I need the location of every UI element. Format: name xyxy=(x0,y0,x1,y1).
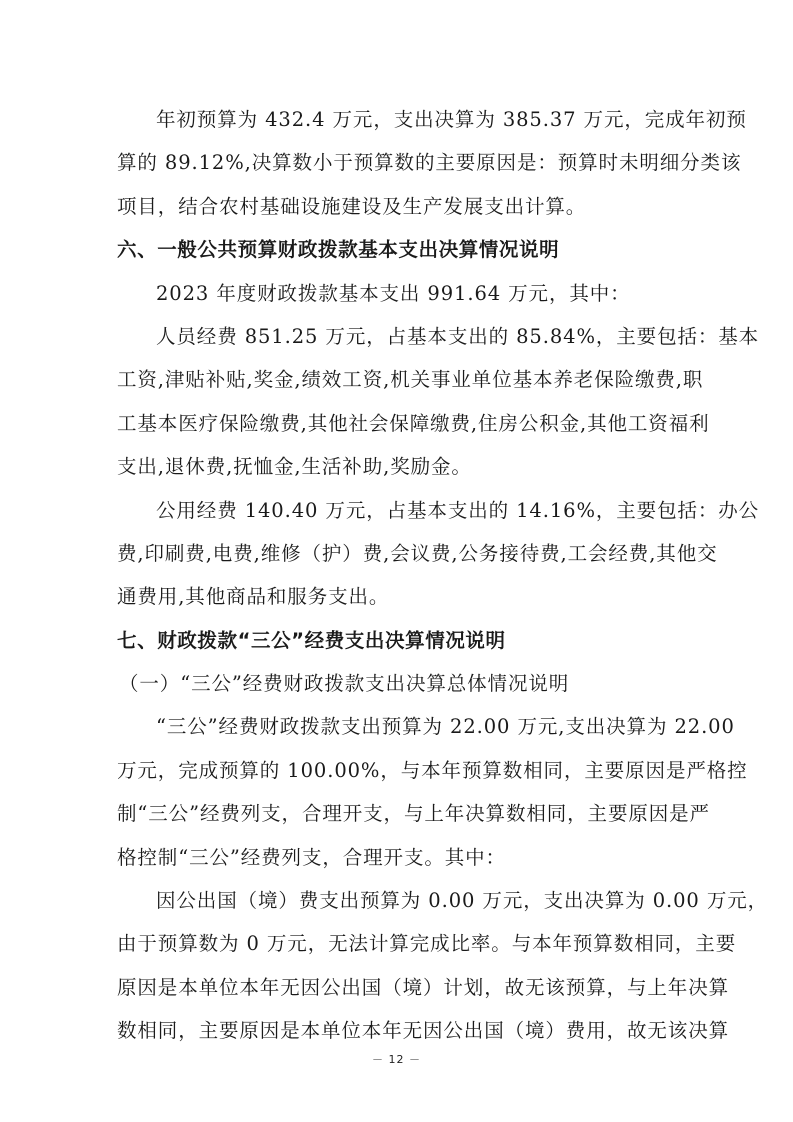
paragraph-line: 工资,津贴补贴,奖金,绩效工资,机关事业单位基本养老保险缴费,职 xyxy=(117,358,692,401)
paragraph-line: 格控制“三公”经费列支，合理开支。其中： xyxy=(117,836,692,879)
section-7-subheading-text: （一）“三公”经费财政拨款支出决算总体情况说明 xyxy=(119,672,569,695)
section-7-subheading: （一）“三公”经费财政拨款支出决算总体情况说明 xyxy=(117,662,692,705)
paragraph-line: 数相同，主要原因是本单位本年无因公出国（境）费用，故无该决算 xyxy=(117,1009,692,1052)
section-6-heading-text: 六、一般公共预算财政拨款基本支出决算情况说明 xyxy=(117,238,559,261)
paragraph-line: 人员经费 851.25 万元，占基本支出的 85.84%，主要包括：基本 xyxy=(117,315,692,358)
paragraph-text: 支出,退休费,抚恤金,生活补助,奖励金。 xyxy=(117,455,472,478)
paragraph-text: 年初预算为 432.4 万元，支出决算为 385.37 万元，完成年初预 xyxy=(156,98,692,141)
paragraph-line: 原因是本单位本年无因公出国（境）计划，故无该预算，与上年决算 xyxy=(117,966,692,1009)
paragraph-text: 万元，完成预算的 100.00%，与本年预算数相同，主要原因是严格控 xyxy=(117,749,692,792)
paragraph-text: 格控制“三公”经费列支，合理开支。其中： xyxy=(117,846,506,869)
paragraph-text: 算的 89.12%,决算数小于预算数的主要原因是：预算时未明细分类该 xyxy=(117,141,692,184)
paragraph-text: 费,印刷费,电费,维修（护）费,会议费,公务接待费,工会经费,其他交 xyxy=(117,532,692,575)
section-7-heading-text: 七、财政拨款“三公”经费支出决算情况说明 xyxy=(117,629,506,652)
paragraph-line: 算的 89.12%,决算数小于预算数的主要原因是：预算时未明细分类该 xyxy=(117,141,692,184)
paragraph-line: 由于预算数为 0 万元，无法计算完成比率。与本年预算数相同，主要 xyxy=(117,922,692,965)
section-6-heading: 六、一般公共预算财政拨款基本支出决算情况说明 xyxy=(117,228,692,271)
paragraph-text: 通费用,其他商品和服务支出。 xyxy=(117,585,389,608)
paragraph-text: 原因是本单位本年无因公出国（境）计划，故无该预算，与上年决算 xyxy=(117,966,692,1009)
document-page: 年初预算为 432.4 万元，支出决算为 385.37 万元，完成年初预 算的 … xyxy=(0,0,793,1122)
paragraph-line: 费,印刷费,电费,维修（护）费,会议费,公务接待费,工会经费,其他交 xyxy=(117,532,692,575)
paragraph-text: 2023 年度财政拨款基本支出 991.64 万元，其中： xyxy=(156,282,631,305)
paragraph-line: 支出,退休费,抚恤金,生活补助,奖励金。 xyxy=(117,445,692,488)
document-body: 年初预算为 432.4 万元，支出决算为 385.37 万元，完成年初预 算的 … xyxy=(117,98,692,1053)
paragraph-text: 项目，结合农村基础设施建设及生产发展支出计算。 xyxy=(117,195,586,218)
paragraph-text: 由于预算数为 0 万元，无法计算完成比率。与本年预算数相同，主要 xyxy=(117,922,692,965)
paragraph-line: 工基本医疗保险缴费,其他社会保障缴费,住房公积金,其他工资福利 xyxy=(117,402,692,445)
paragraph-line: 项目，结合农村基础设施建设及生产发展支出计算。 xyxy=(117,185,692,228)
paragraph-text: 工资,津贴补贴,奖金,绩效工资,机关事业单位基本养老保险缴费,职 xyxy=(117,358,692,401)
paragraph-line: 2023 年度财政拨款基本支出 991.64 万元，其中： xyxy=(117,272,692,315)
page-number: － 12 － xyxy=(0,1051,793,1067)
paragraph-line: 因公出国（境）费支出预算为 0.00 万元，支出决算为 0.00 万元， xyxy=(117,879,692,922)
paragraph-text: 人员经费 851.25 万元，占基本支出的 85.84%，主要包括：基本 xyxy=(156,315,692,358)
paragraph-text: 因公出国（境）费支出预算为 0.00 万元，支出决算为 0.00 万元， xyxy=(156,879,692,922)
paragraph-text: 制“三公”经费列支，合理开支，与上年决算数相同，主要原因是严 xyxy=(117,792,692,835)
paragraph-text: 公用经费 140.40 万元，占基本支出的 14.16%，主要包括：办公 xyxy=(156,489,692,532)
paragraph-line: “三公”经费财政拨款支出预算为 22.00 万元,支出决算为 22.00 xyxy=(117,705,692,748)
paragraph-line: 年初预算为 432.4 万元，支出决算为 385.37 万元，完成年初预 xyxy=(117,98,692,141)
paragraph-text: 工基本医疗保险缴费,其他社会保障缴费,住房公积金,其他工资福利 xyxy=(117,402,692,445)
paragraph-line: 万元，完成预算的 100.00%，与本年预算数相同，主要原因是严格控 xyxy=(117,749,692,792)
section-7-heading: 七、财政拨款“三公”经费支出决算情况说明 xyxy=(117,619,692,662)
paragraph-text: “三公”经费财政拨款支出预算为 22.00 万元,支出决算为 22.00 xyxy=(156,705,692,748)
paragraph-line: 公用经费 140.40 万元，占基本支出的 14.16%，主要包括：办公 xyxy=(117,489,692,532)
paragraph-line: 通费用,其他商品和服务支出。 xyxy=(117,575,692,618)
paragraph-line: 制“三公”经费列支，合理开支，与上年决算数相同，主要原因是严 xyxy=(117,792,692,835)
paragraph-text: 数相同，主要原因是本单位本年无因公出国（境）费用，故无该决算 xyxy=(117,1009,692,1052)
